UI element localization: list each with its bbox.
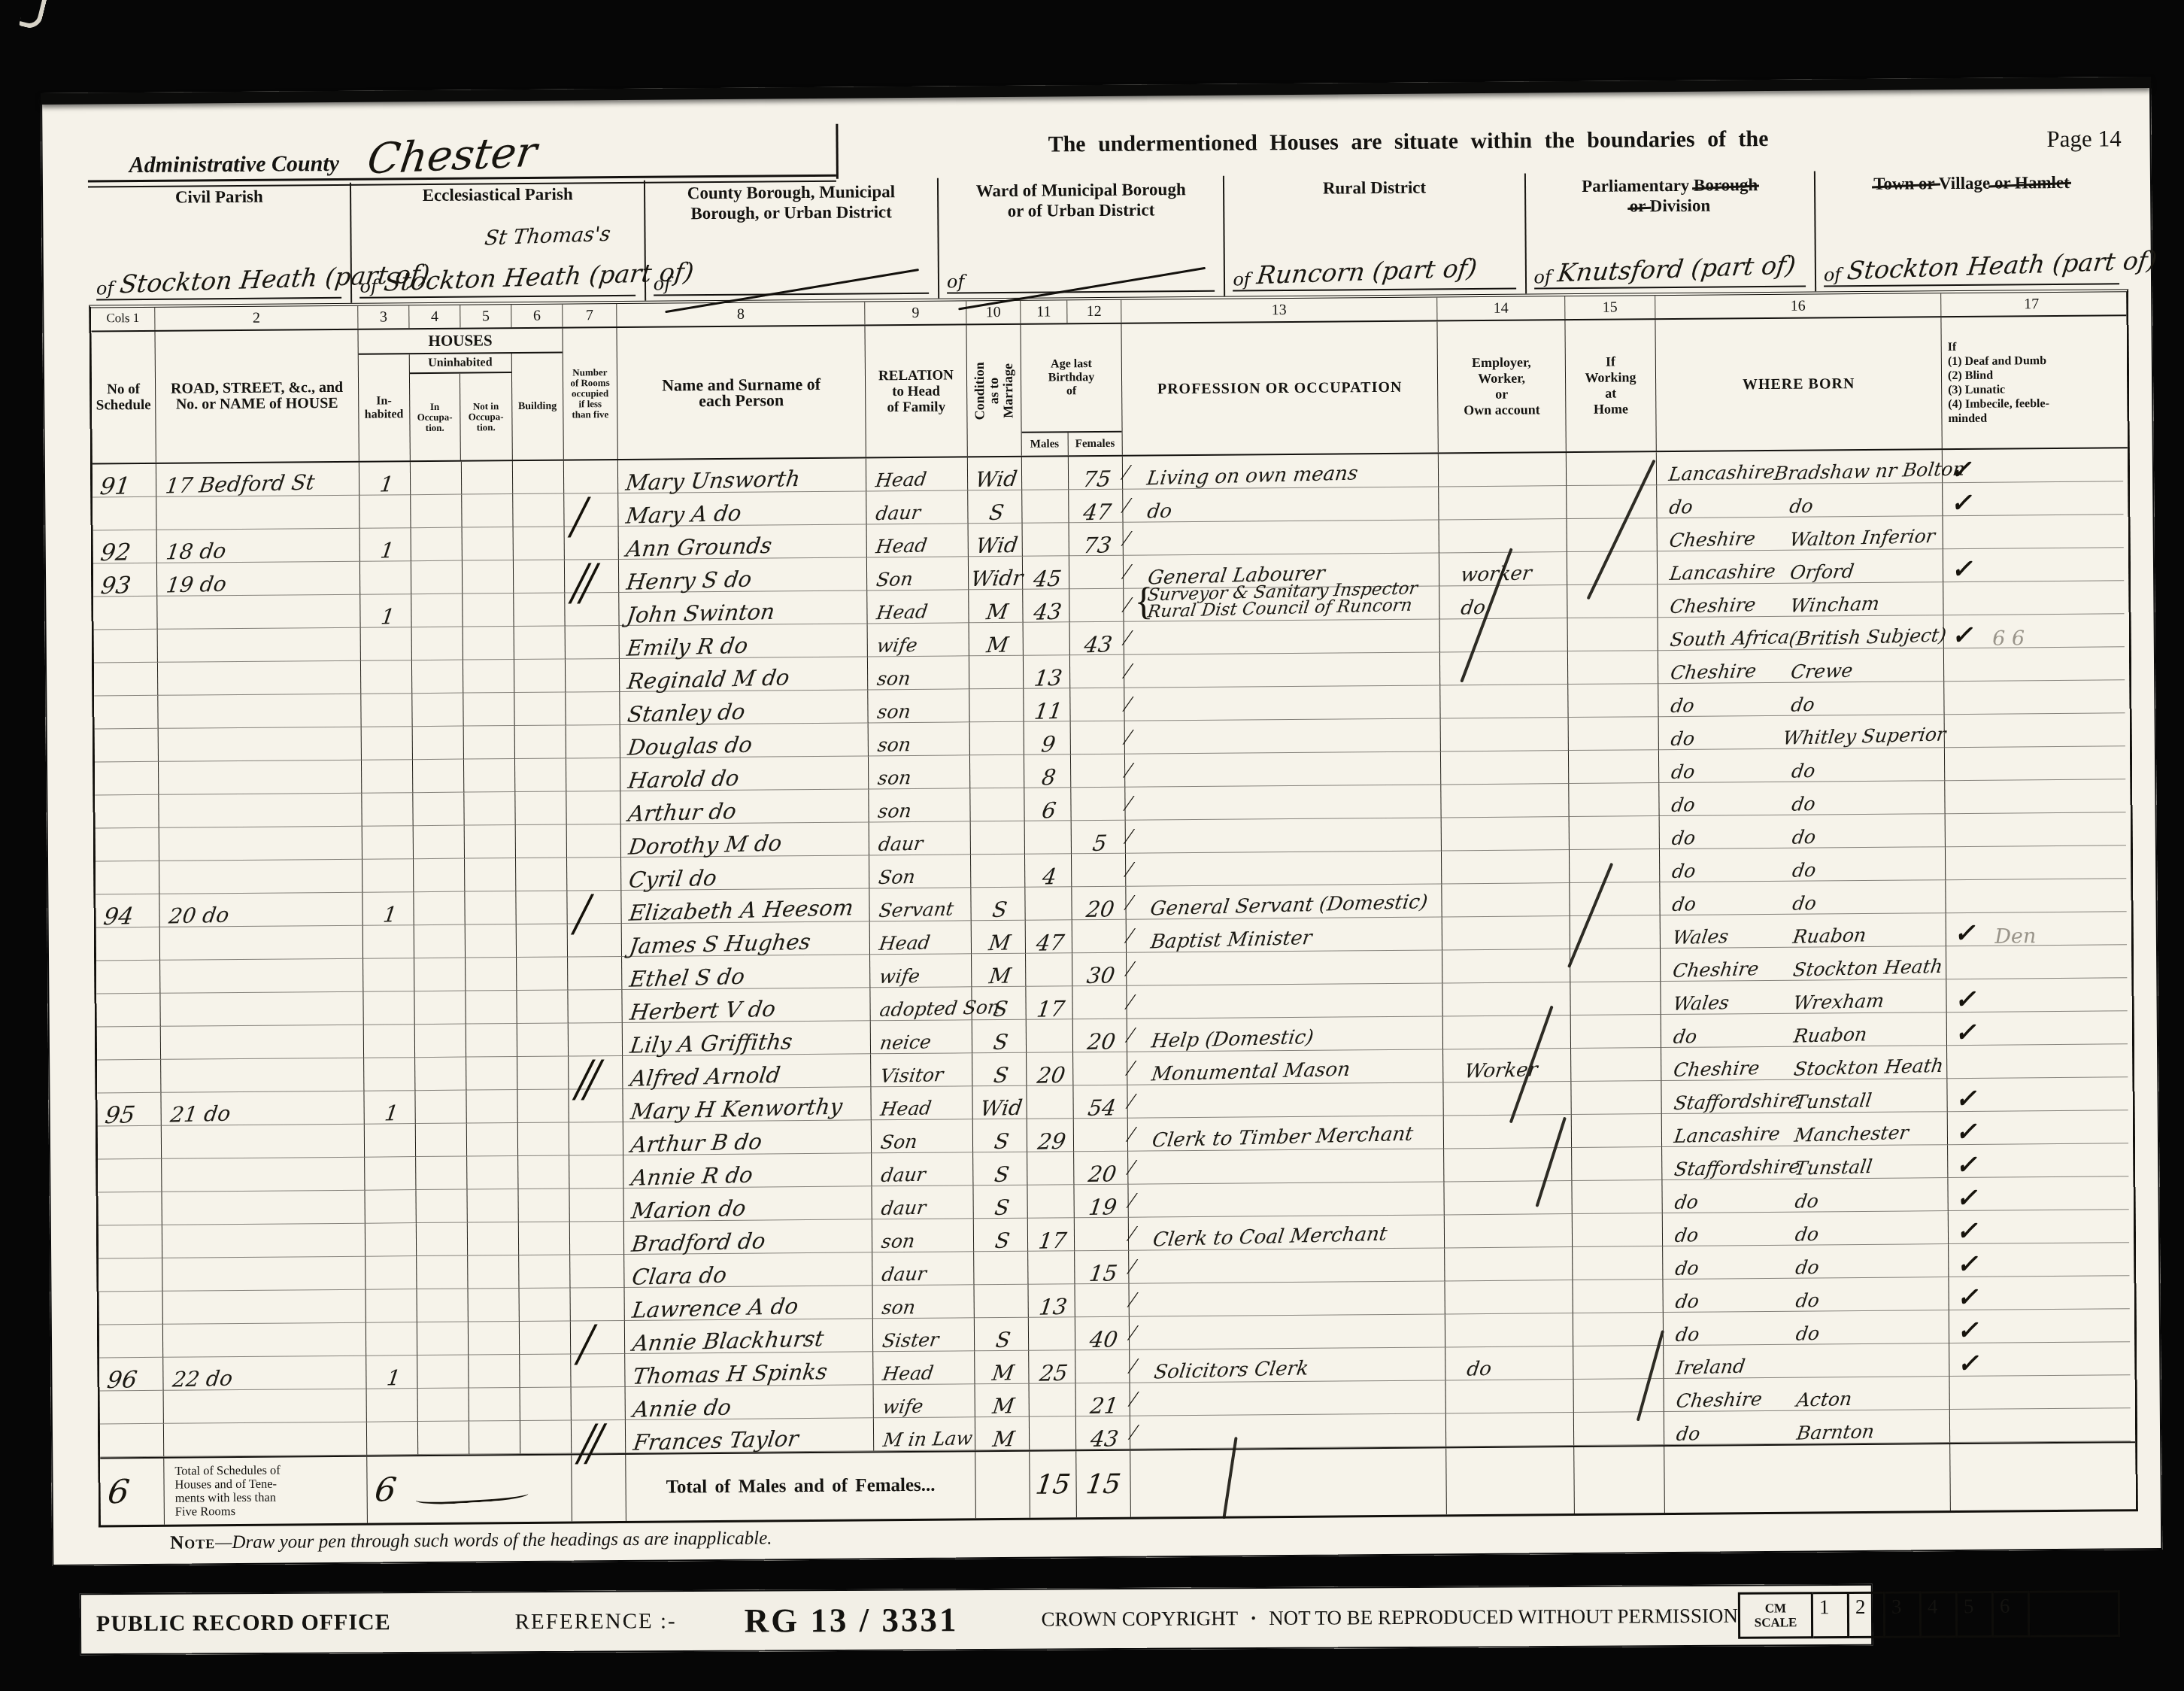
schedule-cell (98, 1159, 162, 1193)
rooms-cell (570, 1255, 624, 1289)
condition-cell: S (974, 1219, 1028, 1252)
in-occupation-cell (414, 892, 465, 926)
occupation-line: General Servant (Domestic) (1126, 896, 1425, 919)
relation-cell: son (869, 722, 970, 756)
occupation-line-2: Rural Dist Council of Runcorn (1124, 603, 1410, 621)
building-cell (514, 627, 566, 660)
address-cell: 22 do (163, 1356, 366, 1391)
reproduction-notice: NOT TO BE REPRODUCED WITHOUT PERMISSION (1269, 1604, 1738, 1629)
address-cell: 20 do (159, 893, 362, 927)
age-male-cell: 8 (1024, 754, 1071, 788)
check-mark: ✓ (1949, 1349, 1979, 1379)
infirmity-cell (1945, 713, 2125, 748)
schedule-cell (96, 994, 160, 1028)
age-male: 13 (1038, 1295, 1069, 1319)
where-born-cell: dodo (1659, 781, 1945, 816)
where-born-cell: South Africa(British Subject) (1658, 615, 1944, 651)
name-cell: Stanley do (620, 690, 868, 725)
born-place: do (1791, 794, 1814, 815)
relation-text: son (869, 700, 912, 724)
administrative-county: Administrative County Chester (87, 124, 839, 185)
not-in-occupation-cell (466, 1024, 517, 1058)
born-county-text: do (1671, 893, 1697, 916)
not-in-occupation-cell (462, 494, 513, 528)
occupation-text: Clerk to Timber Merchant (1151, 1123, 1415, 1152)
building-cell (516, 891, 567, 925)
born-county: Staffordshire (1661, 1091, 1793, 1113)
column-number: 12 (1067, 300, 1121, 323)
relation-text: Head (866, 468, 928, 492)
inhabited-cell (367, 1389, 418, 1422)
occupation-cell: ∕Solicitors Clerk (1130, 1347, 1445, 1383)
condition-text: S (992, 1064, 1009, 1088)
born-county-text: Ireland (1674, 1356, 1746, 1380)
rooms-cell (568, 990, 622, 1024)
person-name: Mary Unsworth (618, 467, 802, 494)
condition-cell: Wid (968, 457, 1022, 491)
where-born-cell: LancashireBradshaw nr Bolton (1657, 450, 1943, 485)
relation-cell: Head (873, 1351, 975, 1385)
district-value: ofStockton Heath (part of) (96, 253, 342, 301)
born-county-text: do (1670, 860, 1697, 883)
totals-empty (1446, 1447, 1575, 1514)
where-born-cell: dodo (1660, 814, 1946, 849)
name-cell: John Swinton (619, 590, 867, 626)
age-male-cell: 45 (1023, 556, 1069, 589)
occupation-cell: ∕ (1127, 950, 1442, 985)
district-of-label: of (1233, 269, 1251, 290)
schedule-cell (97, 1027, 161, 1061)
name-cell: Arthur do (620, 789, 869, 824)
relation-cell: son (872, 1219, 974, 1252)
district-label: Ecclesiastical Parish (423, 184, 573, 205)
building-cell (515, 792, 566, 826)
cm-scale-cell: 6 (1994, 1591, 2030, 1638)
employer-cell (1441, 784, 1569, 818)
building-cell (517, 1090, 569, 1124)
males-total: 15 (1028, 1469, 1078, 1501)
address-cell (158, 694, 361, 729)
inhabited-cell (362, 760, 413, 794)
schedule-cell (93, 597, 157, 630)
infirmity-cell: ✓ (1943, 481, 2123, 516)
working-at-home-cell (1570, 882, 1660, 916)
census-page: Administrative County Chester The underm… (41, 77, 2162, 1566)
relation-text: son (869, 733, 912, 757)
born-county-text: do (1670, 827, 1697, 850)
where-born-cell: dodo (1659, 748, 1945, 783)
born-county-text: do (1670, 727, 1696, 751)
working-at-home-cell (1569, 717, 1659, 751)
schedule-cell: 92 (93, 530, 157, 564)
condition-text: S (992, 998, 1009, 1022)
name-cell: Dorothy M do (621, 822, 869, 858)
building-cell (514, 527, 565, 561)
in-occupation-cell (414, 958, 466, 992)
totals-printed-right: Total of Males and of Females... (626, 1452, 976, 1521)
age-female-cell (1070, 688, 1124, 722)
occupation-text: General Servant (Domestic) (1149, 891, 1429, 920)
where-born-cell: dodo (1660, 880, 1946, 915)
not-in-occupation-cell (465, 858, 516, 892)
enumerator-tally-mark: ∕ (1124, 493, 1128, 519)
district-box: Rural DistrictofRuncorn (part of) (1224, 173, 1526, 296)
infirmity-cell (1943, 581, 2124, 615)
condition-text: M (991, 1428, 1016, 1451)
schedule-cell (96, 861, 159, 895)
condition-cell (971, 855, 1025, 888)
enumerator-tally-mark: ∕ (1130, 1222, 1134, 1247)
born-county-text: Wales (1671, 925, 1730, 949)
born-place: do (1794, 1190, 1817, 1211)
where-born-cell: LancashireManchester (1662, 1112, 1948, 1147)
born-place: Orford (1788, 561, 1852, 583)
schedule-cell (97, 1060, 161, 1094)
person-name: Stanley do (620, 700, 747, 726)
occupation-line: Help (Domestic) (1127, 1029, 1312, 1052)
not-in-occupation-cell (468, 1255, 519, 1289)
relation-cell: neice (871, 1020, 972, 1054)
building-cell (515, 726, 566, 760)
condition-cell: S (972, 1020, 1027, 1054)
age-female: 40 (1088, 1328, 1119, 1351)
employer-cell (1439, 486, 1567, 520)
born-county: do (1664, 1290, 1795, 1312)
condition-cell: M (972, 954, 1026, 988)
enumerator-tally-mark: ∕ (1127, 758, 1130, 784)
occupation-cell: ∕ (1129, 1248, 1445, 1283)
working-at-home-cell (1573, 1313, 1664, 1346)
name-cell: Emily R do (620, 624, 868, 659)
rooms-cell (566, 659, 620, 693)
age-female-cell (1069, 589, 1124, 623)
pencil-annotation: Den (1975, 924, 2036, 949)
age-female-cell: 30 (1072, 953, 1127, 987)
enumerator-tally-mark: ∕ (1129, 1023, 1133, 1049)
footnote-label: Note (170, 1532, 215, 1553)
address-text: 19 do (157, 573, 228, 597)
occupation-cell: ∕Baptist Minister (1127, 917, 1442, 952)
in-occupation-cell (417, 1256, 468, 1290)
age-female-cell: 47 (1069, 490, 1123, 524)
occupation-text: Baptist Minister (1149, 927, 1313, 953)
inhabited-cell (363, 925, 414, 959)
not-in-occupation-cell (466, 991, 517, 1025)
employer-cell (1443, 1016, 1571, 1049)
condition-text: M (988, 964, 1013, 988)
born-county-text: do (1674, 1323, 1700, 1346)
working-at-home-cell (1570, 849, 1660, 883)
age-male-cell: 17 (1028, 1218, 1075, 1251)
born-county: Cheshire (1661, 1058, 1793, 1080)
column-number: 11 (1021, 300, 1067, 323)
name-cell: Mary H Kenworthy (623, 1087, 871, 1122)
age-male-cell: 4 (1025, 854, 1072, 887)
age-female: 54 (1087, 1096, 1118, 1119)
in-occupation-cell (418, 1422, 469, 1456)
born-place: Whitley Superior (1782, 726, 1944, 748)
address-cell (156, 496, 359, 530)
occupation-cell: ∕ (1130, 1380, 1446, 1416)
header-born: WHERE BORN (1655, 317, 1942, 451)
district-value-text: Stockton Heath (part of) (1846, 245, 2159, 285)
employer-cell (1442, 850, 1570, 884)
working-at-home-cell (1574, 1412, 1664, 1446)
inhabited-mark: 1 (385, 1367, 402, 1389)
born-county: do (1664, 1323, 1795, 1345)
born-county-text: do (1670, 760, 1696, 784)
district-box: Parliamentary Borough or DivisionofKnuts… (1525, 171, 1816, 293)
enumerator-tally-mark: ∕ (1131, 1321, 1135, 1346)
relation-cell: Head (866, 457, 968, 491)
rooms-cell (569, 1122, 623, 1156)
age-male: 17 (1036, 997, 1066, 1021)
infirmity-cell (1946, 845, 2126, 880)
employer-cell (1444, 1181, 1572, 1215)
age-female-cell (1069, 556, 1124, 590)
born-place-text: Wrexham (1792, 990, 1885, 1015)
born-county-text: Staffordshire (1673, 1155, 1801, 1181)
employer-cell (1443, 1082, 1571, 1116)
born-place: Wrexham (1792, 991, 1882, 1013)
relation-text: M in Law (874, 1427, 974, 1452)
schedule-cell: 94 (96, 894, 159, 928)
age-female-cell (1070, 655, 1124, 689)
relation-cell: son (869, 788, 970, 822)
column-number: 14 (1437, 296, 1565, 320)
born-place-text: do (1791, 793, 1817, 816)
working-at-home-cell (1573, 1280, 1663, 1313)
column-number: 6 (511, 305, 563, 328)
working-at-home-cell (1573, 1213, 1663, 1247)
name-cell: Annie do (626, 1385, 874, 1420)
employer-cell (1442, 916, 1570, 950)
address-text: 20 do (160, 903, 231, 927)
condition-text: Wid (974, 468, 1018, 491)
header-uninhabited: Uninhabited (409, 354, 511, 374)
district-of-label: of (947, 271, 965, 292)
occupation-line: Clerk to Timber Merchant (1128, 1128, 1411, 1151)
age-male-cell: 17 (1026, 986, 1072, 1019)
infirmity-cell: ✓ (1949, 1309, 2130, 1343)
relation-text: son (869, 767, 912, 790)
in-occupation-cell (411, 462, 462, 496)
address-text: 21 do (162, 1102, 232, 1126)
district-label-part: Borough (1694, 175, 1758, 195)
enumerator-tally-mark: ∕ (1128, 957, 1132, 982)
not-in-occupation-cell (465, 891, 516, 925)
occupation-cell: ∕Help (Domestic) (1127, 1016, 1443, 1052)
born-place-text: do (1791, 760, 1817, 783)
relation-cell: daur (872, 1252, 974, 1286)
district-value: ofKnutsford (part of) (1533, 242, 1806, 290)
reference-label: REFERENCE :- (515, 1609, 677, 1635)
inhabited-cell (362, 793, 413, 827)
infirmity-cell (1945, 779, 2125, 814)
occupation-cell: ∕ (1125, 785, 1441, 820)
relation-text: Son (872, 1131, 918, 1155)
occupation-cell: ∕ (1126, 851, 1442, 886)
not-in-occupation-cell (469, 1322, 520, 1356)
born-place: do (1794, 1256, 1818, 1277)
relation-cell: wife (870, 954, 972, 988)
occupation-line: Solicitors Clerk (1130, 1360, 1306, 1383)
relation-cell: wife (868, 623, 969, 657)
not-in-occupation-cell (463, 560, 514, 594)
born-county-text: Wales (1672, 991, 1731, 1016)
born-county-text: Cheshire (1671, 958, 1760, 982)
born-county: Lancashire (1662, 1125, 1794, 1146)
person-name: Emily R do (620, 634, 749, 660)
district-box: Civil ParishofStockton Heath (part of) (88, 183, 353, 305)
born-county-text: South Africa (1669, 626, 1791, 651)
inhabited-mark: 1 (383, 1102, 399, 1125)
born-county: do (1659, 794, 1791, 815)
condition-cell: S (973, 1119, 1027, 1153)
infirmity-cell (1946, 945, 2127, 979)
name-cell: Harold do (620, 756, 869, 791)
district-box: Ward of Municipal Borough or of Urban Di… (939, 176, 1226, 299)
rooms-cell (567, 858, 621, 891)
rooms-cell: ╱╱ (569, 1056, 623, 1090)
born-county: Lancashire (1658, 562, 1789, 584)
schedule-cell (100, 1424, 164, 1458)
schedule-cell (98, 1192, 162, 1226)
infirmity-cell: ✓ (1946, 978, 2127, 1012)
name-cell: Frances Taylor (626, 1418, 874, 1453)
age-male-cell (1027, 1185, 1074, 1218)
born-place: Bradshaw nr Bolton (1773, 461, 1963, 484)
occupation-cell: ∕ (1124, 652, 1440, 688)
building-cell (514, 660, 566, 694)
schedule-cell (94, 696, 158, 730)
age-male-cell (1022, 457, 1069, 490)
relation-cell: Head (867, 590, 969, 624)
district-of-label: of (1533, 266, 1552, 287)
rooms-cell (566, 758, 620, 792)
schedule-cell (100, 1391, 164, 1425)
condition-cell: M (975, 1417, 1030, 1451)
born-county-text: do (1673, 1191, 1700, 1214)
occupation-cell: ∕Clerk to Timber Merchant (1128, 1116, 1444, 1151)
born-place-text: Walton Inferior (1788, 525, 1937, 551)
inhabited-mark: 1 (378, 473, 395, 496)
rooms-cell (570, 1288, 624, 1322)
header-not-in-occupation: Not in Occupa- tion. (460, 373, 511, 460)
condition-text: Wid (975, 534, 1019, 557)
condition-cell: M (969, 590, 1023, 624)
born-county: do (1660, 893, 1791, 915)
born-place-text: Ruabon (1791, 924, 1867, 948)
infirmity-cell (1943, 515, 2123, 549)
born-county-text: do (1670, 794, 1697, 817)
born-place-text: Acton (1795, 1388, 1853, 1412)
condition-cell: S (972, 1053, 1027, 1087)
schedule-cell (96, 828, 159, 862)
occupation-line: Baptist Minister (1127, 930, 1310, 952)
table-body: 9117 Bedford St1Mary UnsworthHeadWid75∕L… (93, 448, 2135, 1457)
age-female: 75 (1081, 467, 1112, 490)
houses-total: 6 (365, 1471, 399, 1509)
district-value-text: Runcorn (part of) (1255, 253, 1479, 290)
born-place-text: Wincham (1789, 593, 1881, 618)
employer-cell: do (1439, 585, 1567, 619)
where-born-cell: dodo (1663, 1277, 1949, 1313)
where-born-cell: dodo (1657, 483, 1943, 518)
condition-text: S (993, 1131, 1010, 1154)
person-name: Herbert V do (623, 997, 777, 1024)
in-occupation-cell (417, 1322, 469, 1356)
rooms-cell (569, 1089, 623, 1123)
not-in-occupation-cell (468, 1222, 519, 1256)
rooms-cell (572, 1387, 626, 1421)
condition-cell: S (975, 1318, 1029, 1352)
employer-text: Worker (1443, 1058, 1539, 1083)
building-cell (519, 1255, 570, 1289)
condition-cell: M (975, 1384, 1030, 1418)
check-mark: ✓ (1948, 1117, 1977, 1147)
where-born-cell: doBarnton (1664, 1410, 1950, 1445)
enumerator-tally-mark: ∕ (1128, 990, 1132, 1016)
born-county-text: Lancashire (1667, 460, 1776, 486)
person-name: Arthur B do (623, 1130, 763, 1156)
infirmity-cell: ✓ (1948, 1143, 2128, 1178)
relation-cell: daur (872, 1186, 973, 1219)
schedule-number: 91 (93, 475, 132, 498)
age-female: 20 (1085, 897, 1116, 921)
census-table: Cols 1234567891011121314151617 No of Sch… (89, 289, 2138, 1527)
age-male: 8 (1041, 766, 1057, 788)
born-place-text: do (1788, 495, 1815, 518)
relation-cell: Son (867, 557, 969, 590)
in-occupation-cell (415, 1058, 466, 1091)
working-at-home-cell (1567, 584, 1658, 618)
rooms-cell (567, 824, 621, 858)
relation-cell: Head (871, 1086, 972, 1120)
column-number: 7 (563, 304, 617, 327)
person-name: Cyril do (621, 867, 718, 891)
check-mark: ✓ (1948, 1183, 1977, 1213)
not-in-occupation-cell (463, 594, 514, 627)
age-female-cell (1072, 920, 1127, 954)
check-mark: ✓ (1947, 1084, 1976, 1114)
relation-text: Head (868, 600, 930, 624)
employer-cell (1444, 1148, 1572, 1182)
rooms-cell (566, 791, 620, 825)
relation-cell: adopted Son (870, 987, 972, 1021)
condition-cell: M (972, 921, 1026, 955)
schedule-cell (94, 630, 158, 663)
schedule-cell: 95 (97, 1093, 161, 1127)
in-occupation-cell (412, 694, 463, 727)
age-female: 43 (1083, 633, 1114, 656)
person-name: Henry S do (619, 568, 753, 594)
schedule-cell: 91 (93, 464, 156, 498)
where-born-cell: dodo (1663, 1211, 1949, 1246)
building-cell (518, 1123, 569, 1157)
born-place-text: Ruabon (1792, 1023, 1868, 1047)
condition-text: S (994, 1329, 1012, 1352)
employer-text: do (1446, 1358, 1493, 1382)
infirmity-cell: ✓Den (1946, 912, 2127, 946)
born-place: Barnton (1795, 1422, 1873, 1444)
pencil-annotation: 6 6 (1973, 627, 2025, 651)
infirmity-cell: ✓ (1943, 548, 2124, 582)
not-in-occupation-cell (469, 1289, 520, 1322)
admin-county-label: Administrative County (129, 151, 339, 178)
in-occupation-cell (416, 1157, 467, 1191)
not-in-occupation-cell (463, 693, 514, 727)
